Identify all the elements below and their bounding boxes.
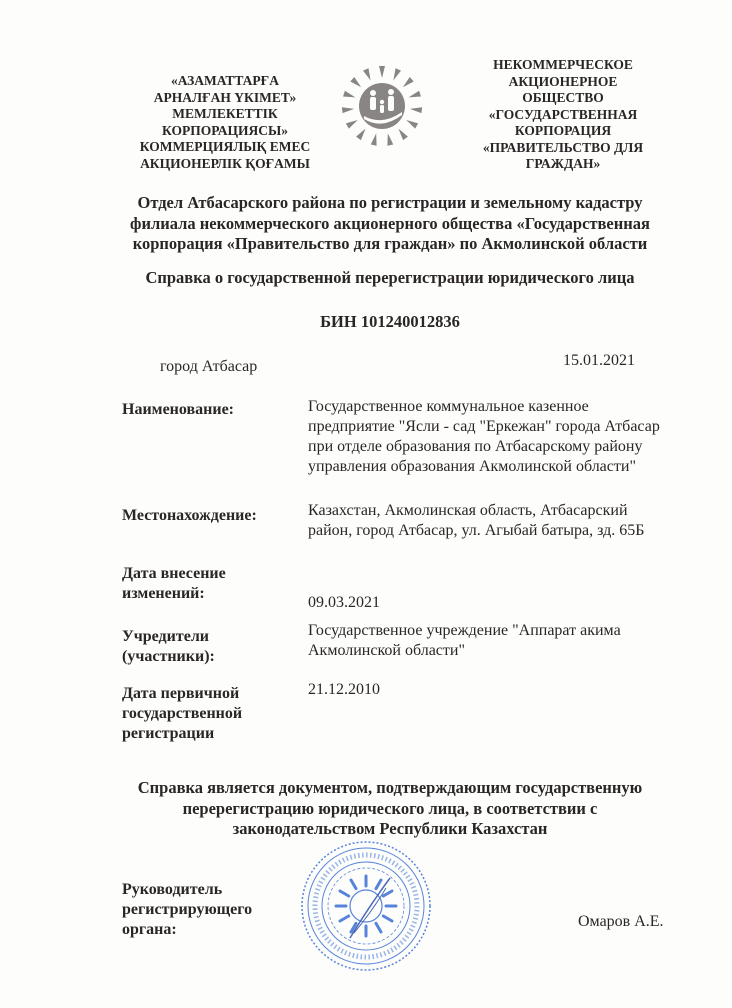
field-label-initial-registration: Дата первичной государственной регистрац… (122, 684, 242, 744)
org-line: КОРПОРАЦИЯСЫ» (120, 123, 330, 140)
label-line: изменений: (122, 584, 226, 604)
note-line: Справка является документом, подтверждаю… (80, 778, 700, 799)
value-line: предприятие "Ясли - сад "Еркежан" города… (308, 417, 688, 437)
org-line: «ГОСУДАРСТВЕННАЯ (468, 107, 658, 124)
label-line: Дата первичной (122, 684, 242, 704)
label-line: Местонахождение: (122, 506, 257, 526)
value-line: 21.12.2010 (308, 680, 688, 700)
label-line: Дата внесение (122, 564, 226, 584)
document-title: Справка о государственной перерегистраци… (80, 268, 700, 289)
label-line: Учредители (122, 627, 215, 647)
label-line: регистрирующего (122, 900, 252, 920)
signatory-name: Омаров А.Е. (578, 912, 664, 932)
org-line: АРНАЛҒАН ҮКІМЕТ» (120, 90, 330, 107)
org-line: МЕМЛЕКЕТТІК (120, 106, 330, 123)
field-label-location: Местонахождение: (122, 506, 257, 526)
value-line: при отделе образования по Атбасарскому р… (308, 437, 688, 457)
value-line: Государственное учреждение "Аппарат аким… (308, 621, 688, 641)
field-value-change-date: 09.03.2021 (308, 593, 688, 613)
field-label-name: Наименование: (122, 400, 234, 420)
org-line: КОММЕРЦИЯЛЫҚ ЕМЕС (120, 139, 330, 156)
note-line: перерегистрацию юридического лица, в соо… (80, 799, 700, 820)
org-line: АКЦИОНЕРЛІК ҚОҒАМЫ (120, 156, 330, 173)
field-value-founders: Государственное учреждение "Аппарат аким… (308, 621, 688, 661)
org-line: АКЦИОНЕРНОЕ (468, 74, 658, 91)
official-seal-icon (298, 838, 434, 974)
org-line: НЕКОММЕРЧЕСКОЕ (468, 57, 658, 74)
issuing-department: Отдел Атбасарского района по регистрации… (80, 193, 700, 255)
bin-number: БИН 101240012836 (80, 312, 700, 333)
org-line: ОБЩЕСТВО (468, 90, 658, 107)
label-line: (участники): (122, 647, 215, 667)
org-line: «ПРАВИТЕЛЬСТВО ДЛЯ (468, 140, 658, 157)
org-line: «АЗАМАТТАРҒА (120, 73, 330, 90)
field-label-founders: Учредители (участники): (122, 627, 215, 667)
department-line: филиала некоммерческого акционерного общ… (80, 214, 700, 235)
value-line: 09.03.2021 (308, 593, 688, 613)
value-line: район, город Атбасар, ул. Агыбай батыра,… (308, 521, 688, 541)
legal-note: Справка является документом, подтверждаю… (80, 778, 700, 840)
label-line: органа: (122, 920, 252, 940)
sun-family-emblem-icon (340, 62, 424, 156)
value-line: Государственное коммунальное казенное (308, 397, 688, 417)
org-name-kazakh: «АЗАМАТТАРҒА АРНАЛҒАН ҮКІМЕТ» МЕМЛЕКЕТТІ… (120, 73, 330, 172)
field-value-initial-registration: 21.12.2010 (308, 680, 688, 700)
department-line: корпорация «Правительство для граждан» п… (80, 234, 700, 255)
signatory-title: Руководитель регистрирующего органа: (122, 880, 252, 940)
field-value-name: Государственное коммунальное казенное пр… (308, 397, 688, 477)
label-line: регистрации (122, 724, 242, 744)
field-value-location: Казахстан, Акмолинская область, Атбасарс… (308, 501, 688, 541)
label-line: Наименование: (122, 400, 234, 420)
value-line: Казахстан, Акмолинская область, Атбасарс… (308, 501, 688, 521)
org-line: КОРПОРАЦИЯ (468, 123, 658, 140)
department-line: Отдел Атбасарского района по регистрации… (80, 193, 700, 214)
issue-date: 15.01.2021 (563, 351, 635, 371)
value-line: управления образования Акмолинской облас… (308, 457, 688, 477)
org-line: ГРАЖДАН» (468, 156, 658, 173)
label-line: Руководитель (122, 880, 252, 900)
note-line: законодательством Республики Казахстан (80, 819, 700, 840)
org-name-russian: НЕКОММЕРЧЕСКОЕ АКЦИОНЕРНОЕ ОБЩЕСТВО «ГОС… (468, 57, 658, 173)
label-line: государственной (122, 704, 242, 724)
city: город Атбасар (160, 357, 257, 377)
value-line: Акмолинской области" (308, 641, 688, 661)
field-label-change-date: Дата внесение изменений: (122, 564, 226, 604)
